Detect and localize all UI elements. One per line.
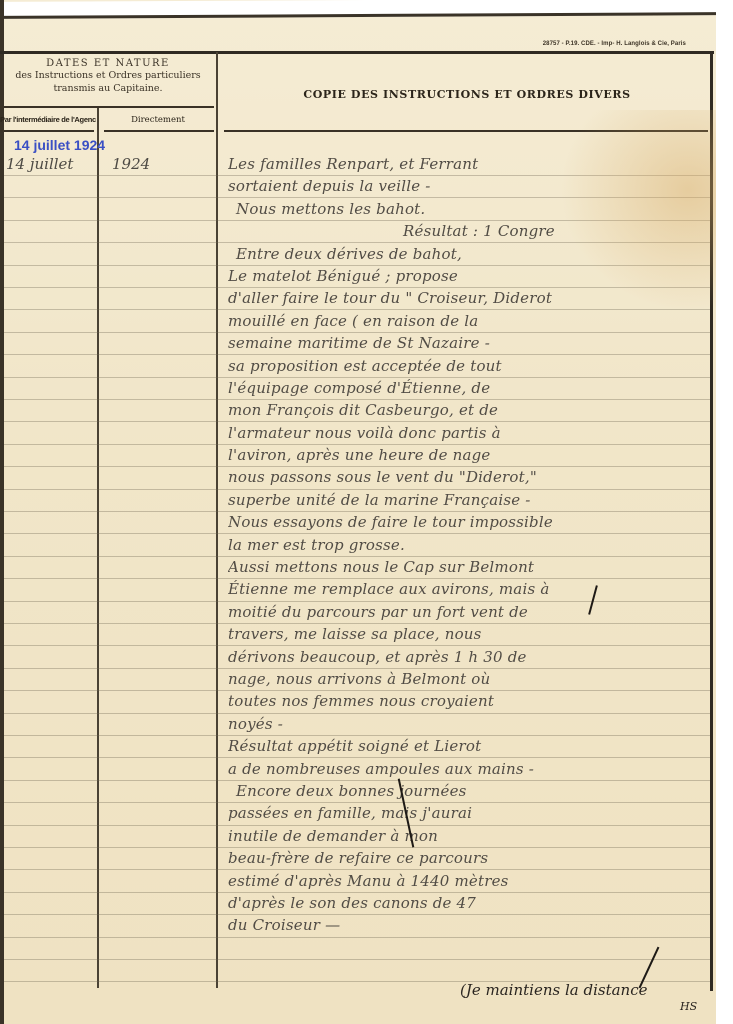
text-line: Encore deux bonnes journées (228, 780, 714, 802)
text-line: inutile de demander à mon (228, 825, 714, 847)
text-line: nous passons sous le vent du "Diderot," (228, 466, 714, 488)
logbook-page: 28757 - P.19. CDE. - Imp- H. Langlois & … (0, 0, 716, 1024)
text-line: a de nombreuses ampoules aux mains - (228, 758, 714, 780)
text-line: Aussi mettons nous le Cap sur Belmont (228, 556, 714, 578)
right-column-header: COPIE DES INSTRUCTIONS ET ORDRES DIVERS (222, 88, 712, 101)
text-line: semaine maritime de St Nazaire - (228, 332, 714, 354)
left-column-header: DATES ET NATURE des Instructions et Ordr… (0, 56, 216, 95)
left-header-line3: transmis au Capitaine. (0, 82, 216, 95)
subheader-divider-left (0, 130, 94, 132)
text-line: la mer est trop grosse. (228, 534, 714, 556)
text-line: noyés - (228, 713, 714, 735)
frame-top-border (0, 51, 714, 54)
subheader-divider-mid (104, 130, 214, 132)
handwritten-text: Les familles Renpart, et Ferrant sortaie… (228, 153, 714, 937)
date-entry-day: 14 juillet (6, 155, 73, 173)
text-line: Le matelot Bénigué ; propose (228, 265, 714, 287)
text-line: du Croiseur — (228, 914, 714, 936)
text-line: superbe unité de la marine Française - (228, 489, 714, 511)
text-line: Nous essayons de faire le tour impossibl… (228, 511, 714, 533)
page-left-edge (0, 0, 4, 1024)
date-entry-year: 1924 (112, 155, 150, 173)
text-line: mon François dit Casbeurgo, et de (228, 399, 714, 421)
signature-initials: HS (680, 1000, 697, 1013)
page-top-edge (0, 0, 716, 19)
text-line: Entre deux dérives de bahot, (228, 243, 714, 265)
subheader-direct: Directement (100, 115, 216, 125)
text-line: Étienne me remplace aux avirons, mais à (228, 578, 714, 600)
ruled-line (4, 959, 710, 960)
signature-note: (Je maintiens la distance (460, 981, 647, 999)
text-line: moitié du parcours par un fort vent de (228, 601, 714, 623)
text-line: estimé d'après Manu à 1440 mètres (228, 870, 714, 892)
text-line: l'armateur nous voilà donc partis à (228, 422, 714, 444)
text-line: d'après le son des canons de 47 (228, 892, 714, 914)
text-line: Les familles Renpart, et Ferrant (228, 153, 714, 175)
text-line: sortaient depuis la veille - (228, 175, 714, 197)
left-header-line2: des Instructions et Ordres particuliers (0, 69, 216, 82)
text-line: beau-frère de refaire ce parcours (228, 847, 714, 869)
left-header-divider (0, 106, 214, 108)
text-line: l'équipage composé d'Étienne, de (228, 377, 714, 399)
ruled-line (4, 937, 710, 938)
text-line: l'aviron, après une heure de nage (228, 444, 714, 466)
text-line: travers, me laisse sa place, nous (228, 623, 714, 645)
text-line: Résultat : 1 Congre (228, 220, 714, 242)
column-divider-1 (97, 108, 99, 988)
text-line: sa proposition est acceptée de tout (228, 355, 714, 377)
text-line: Résultat appétit soigné et Lierot (228, 735, 714, 757)
text-line: mouillé en face ( en raison de la (228, 310, 714, 332)
printer-imprint: 28757 - P.19. CDE. - Imp- H. Langlois & … (543, 41, 686, 47)
right-header-divider (224, 130, 708, 132)
text-line: passées en famille, mais j'aurai (228, 802, 714, 824)
text-line: Nous mettons les bahot. (228, 198, 714, 220)
text-line: d'aller faire le tour du " Croiseur, Did… (228, 287, 714, 309)
date-annotation: 14 juillet 1924 (14, 137, 105, 153)
text-line: nage, nous arrivons à Belmont où (228, 668, 714, 690)
text-line: toutes nos femmes nous croyaient (228, 690, 714, 712)
text-line: dérivons beaucoup, et après 1 h 30 de (228, 646, 714, 668)
left-header-title: DATES ET NATURE (0, 58, 216, 69)
subheader-agency: Par l'intermédiaire de l'Agence (0, 115, 96, 124)
